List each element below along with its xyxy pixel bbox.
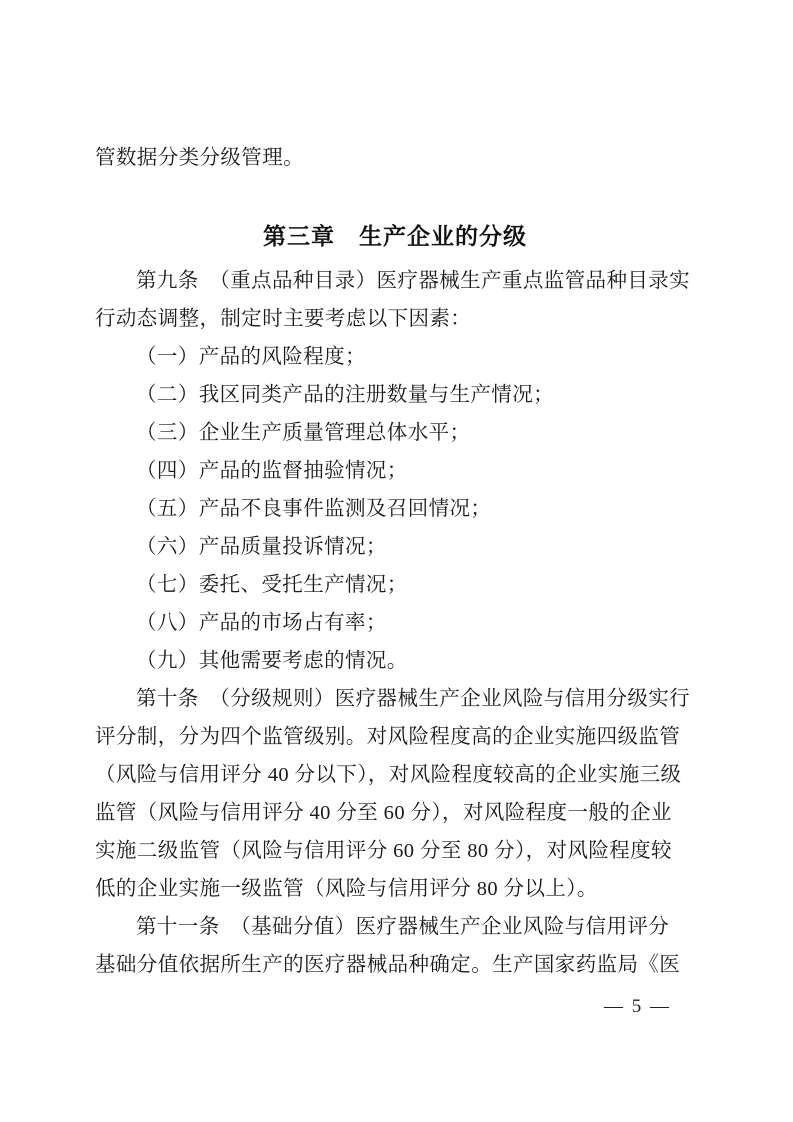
document-page: 管数据分类分级管理。 第三章 生产企业的分级 第九条 （重点品种目录）医疗器械生… xyxy=(0,0,793,1122)
article-9-item-5: （五）产品不良事件监测及召回情况； xyxy=(95,490,695,528)
intro-continuation-line: 管数据分类分级管理。 xyxy=(95,139,695,177)
article-10-line: 低的企业实施一级监管（风险与信用评分 80 分以上）。 xyxy=(95,870,695,908)
chapter-heading: 第三章 生产企业的分级 xyxy=(95,217,695,255)
article-9-line: 第九条 （重点品种目录）医疗器械生产重点监管品种目录实 xyxy=(95,262,695,300)
article-9-item-1: （一）产品的风险程度； xyxy=(95,338,695,376)
article-10-line: （风险与信用评分 40 分以下），对风险程度较高的企业实施三级 xyxy=(95,756,695,794)
article-10-line: 实施二级监管（风险与信用评分 60 分至 80 分），对风险程度较 xyxy=(95,832,695,870)
article-9-item-9: （九）其他需要考虑的情况。 xyxy=(95,642,695,680)
article-9-item-4: （四）产品的监督抽验情况； xyxy=(95,452,695,490)
article-9-item-7: （七）委托、受托生产情况； xyxy=(95,566,695,604)
article-9-item-2: （二）我区同类产品的注册数量与生产情况； xyxy=(95,376,695,414)
page-number: — 5 — xyxy=(604,995,671,1019)
article-9-item-8: （八）产品的市场占有率； xyxy=(95,604,695,642)
article-9-line: 行动态调整，制定时主要考虑以下因素： xyxy=(95,300,695,338)
article-11-line: 第十一条 （基础分值）医疗器械生产企业风险与信用评分 xyxy=(95,908,695,946)
article-10-line: 监管（风险与信用评分 40 分至 60 分），对风险程度一般的企业 xyxy=(95,794,695,832)
article-9-item-3: （三）企业生产质量管理总体水平； xyxy=(95,414,695,452)
article-10-line: 第十条 （分级规则）医疗器械生产企业风险与信用分级实行 xyxy=(95,680,695,718)
article-9-item-6: （六）产品质量投诉情况； xyxy=(95,528,695,566)
article-10-line: 评分制，分为四个监管级别。对风险程度高的企业实施四级监管 xyxy=(95,718,695,756)
article-11-line: 基础分值依据所生产的医疗器械品种确定。生产国家药监局《医 xyxy=(95,946,695,984)
page-content: 管数据分类分级管理。 第三章 生产企业的分级 第九条 （重点品种目录）医疗器械生… xyxy=(95,139,695,984)
